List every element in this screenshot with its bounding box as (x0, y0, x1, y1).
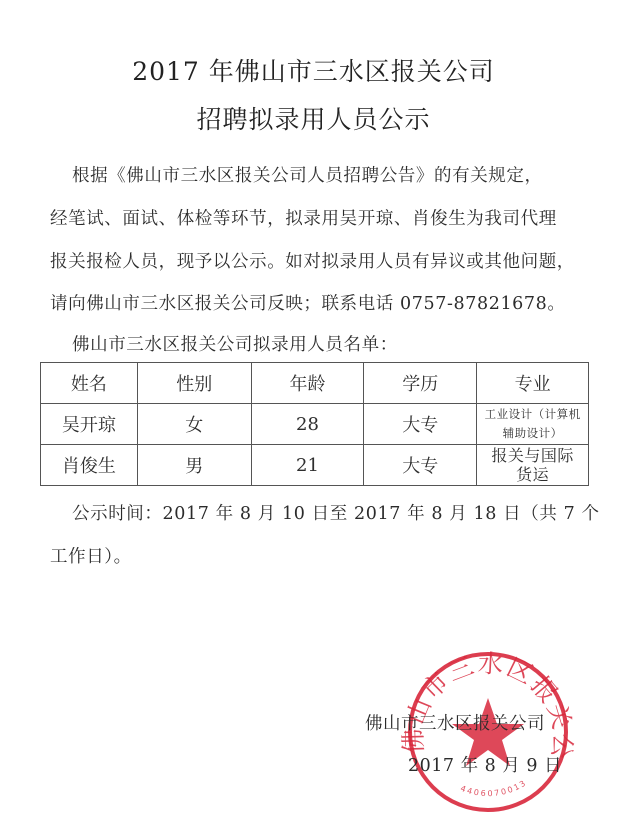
cell-education: 大专 (364, 445, 477, 486)
header-education: 学历 (364, 363, 477, 404)
svg-text:4406070013: 4406070013 (459, 778, 529, 798)
header-age: 年龄 (251, 363, 364, 404)
cell-major-line2: 货运 (477, 465, 588, 484)
table-header-row: 姓名 性别 年龄 学历 专业 (41, 363, 589, 404)
body-paragraph-line4: 请向佛山市三水区报关公司反映；联系电话 0757-87821678。 (50, 290, 565, 315)
cell-major-line1: 工业设计（计算机 (477, 405, 588, 424)
table-row: 肖俊生 男 21 大专 报关与国际 货运 (41, 445, 589, 486)
notice-period-line2: 工作日）。 (50, 543, 132, 568)
signature-organization: 佛山市三水区报关公司 (365, 710, 545, 735)
cell-major-line1: 报关与国际 (477, 446, 588, 465)
notice-period-line1: 公示时间：2017 年 8 月 10 日至 2017 年 8 月 18 日（共 … (72, 500, 600, 525)
cell-major: 工业设计（计算机 辅助设计） (477, 404, 589, 445)
cell-major-line2: 辅助设计） (477, 424, 588, 443)
header-major: 专业 (477, 363, 589, 404)
cell-name: 吴开琼 (41, 404, 138, 445)
table-row: 吴开琼 女 28 大专 工业设计（计算机 辅助设计） (41, 404, 589, 445)
cell-education: 大专 (364, 404, 477, 445)
cell-age: 21 (251, 445, 364, 486)
seal-code: 4406070013 (459, 778, 529, 798)
header-name: 姓名 (41, 363, 138, 404)
body-paragraph-line1: 根据《佛山市三水区报关公司人员招聘公告》的有关规定， (72, 162, 543, 187)
body-paragraph-line3: 报关报检人员，现予以公示。如对拟录用人员有异议或其他问题， (50, 248, 575, 273)
document-title-line1: 2017 年佛山市三水区报关公司 (0, 52, 627, 88)
header-gender: 性别 (137, 363, 251, 404)
cell-gender: 男 (137, 445, 251, 486)
list-intro: 佛山市三水区报关公司拟录用人员名单： (72, 331, 398, 356)
cell-major: 报关与国际 货运 (477, 445, 589, 486)
candidates-table: 姓名 性别 年龄 学历 专业 吴开琼 女 28 大专 工业设计（计算机 辅助设计… (40, 362, 589, 486)
cell-age: 28 (251, 404, 364, 445)
cell-gender: 女 (137, 404, 251, 445)
body-paragraph-line2: 经笔试、面试、体检等环节，拟录用吴开琼、肖俊生为我司代理 (50, 205, 557, 230)
signature-date: 2017 年 8 月 9 日 (408, 752, 562, 777)
document-title-line2: 招聘拟录用人员公示 (0, 100, 627, 136)
cell-name: 肖俊生 (41, 445, 138, 486)
